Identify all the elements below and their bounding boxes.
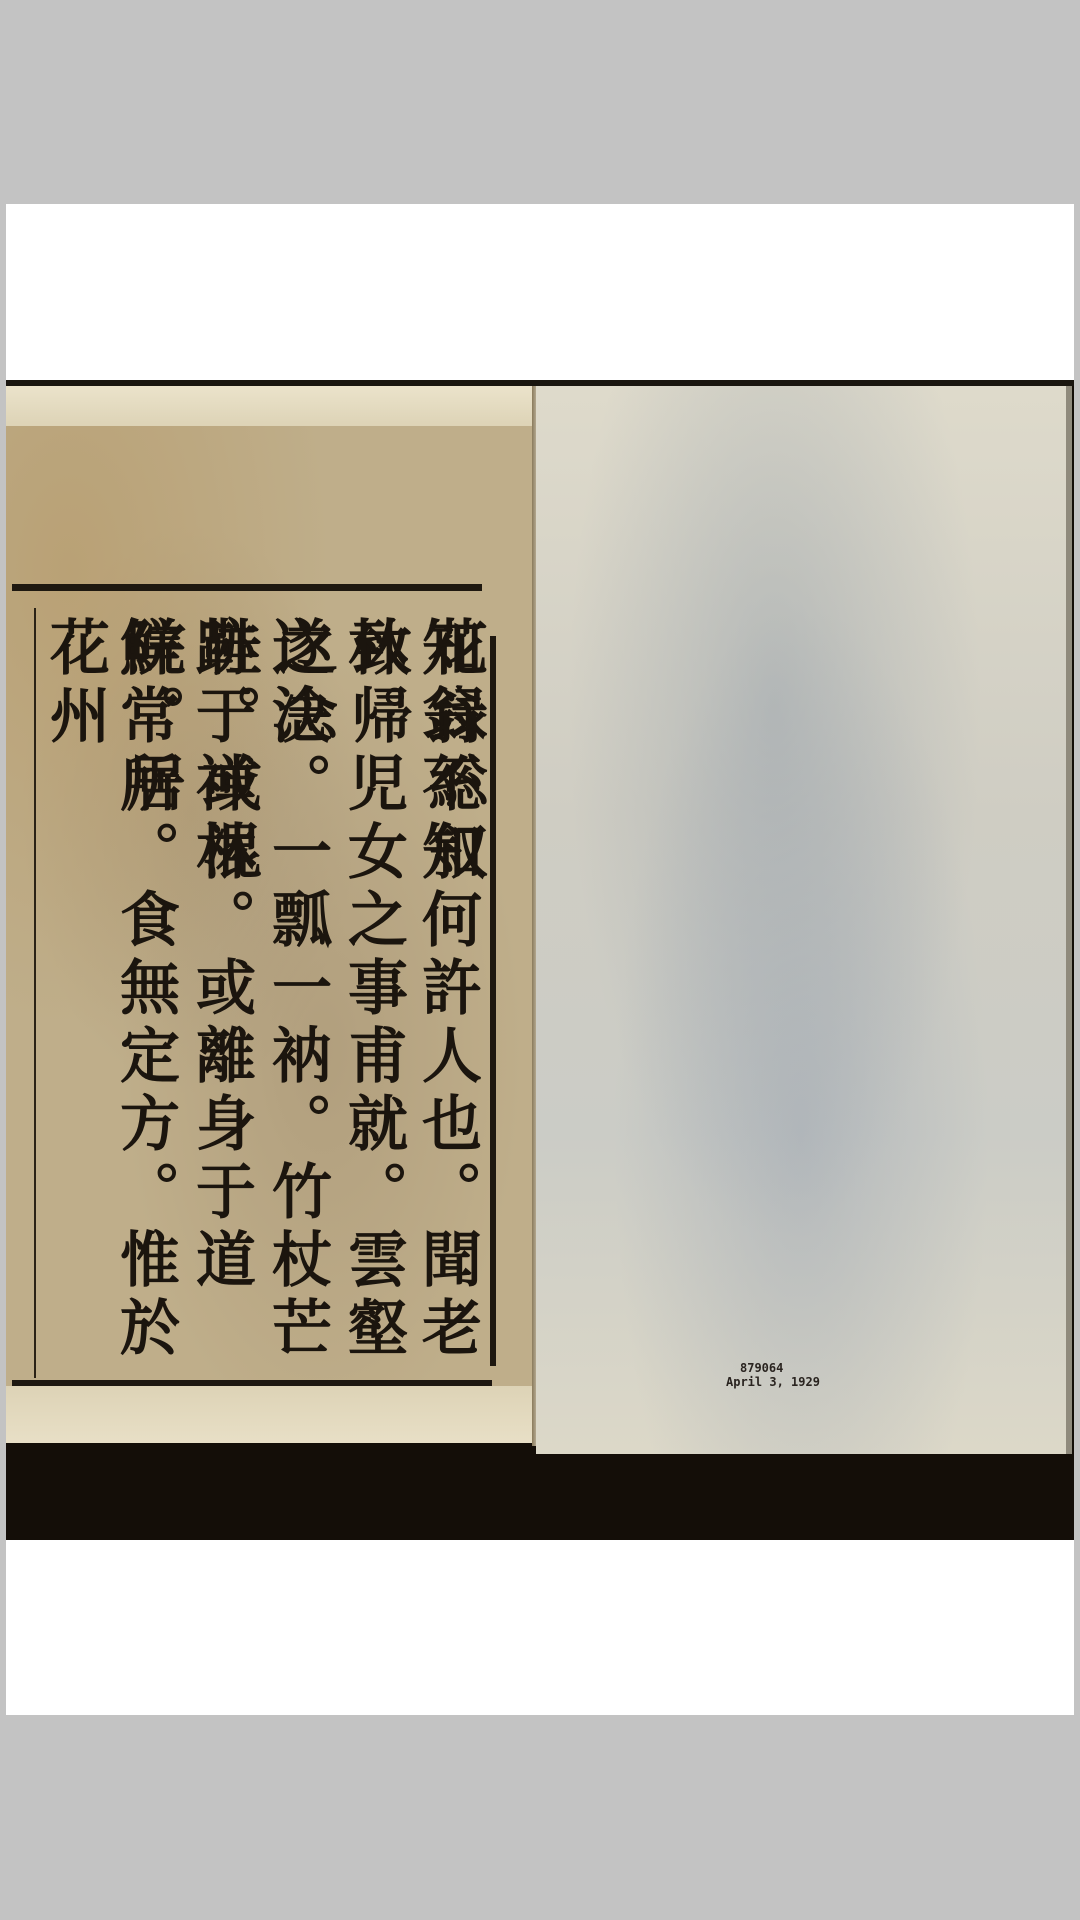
left-page-top-margin xyxy=(6,386,534,426)
left-page-paper: 花録総叙 知翁不知何許人也。聞老致帰 林。児女之事甫就。雲壑之念 遂決。一瓢一衲… xyxy=(6,426,534,1386)
left-page: 花録総叙 知翁不知何許人也。聞老致帰 林。児女之事甫就。雲壑之念 遂決。一瓢一衲… xyxy=(6,386,534,1443)
text-column-5: 鮮常所。食無定方。惟於花州 xyxy=(40,616,180,1386)
print-frame-top xyxy=(12,584,482,591)
book-scan-image: 花録総叙 知翁不知何許人也。聞老致帰 林。児女之事甫就。雲壑之念 遂決。一瓢一衲… xyxy=(6,380,1074,1540)
left-page-bottom-margin xyxy=(6,1386,534,1443)
right-page: 879064 April 3, 1929 xyxy=(536,386,1072,1454)
stamp-number: 879064 xyxy=(726,1361,820,1375)
stamp-date: April 3, 1929 xyxy=(726,1375,820,1389)
print-frame-left xyxy=(34,608,36,1378)
library-stamp: 879064 April 3, 1929 xyxy=(726,1361,820,1389)
print-frame-right xyxy=(490,636,496,1366)
